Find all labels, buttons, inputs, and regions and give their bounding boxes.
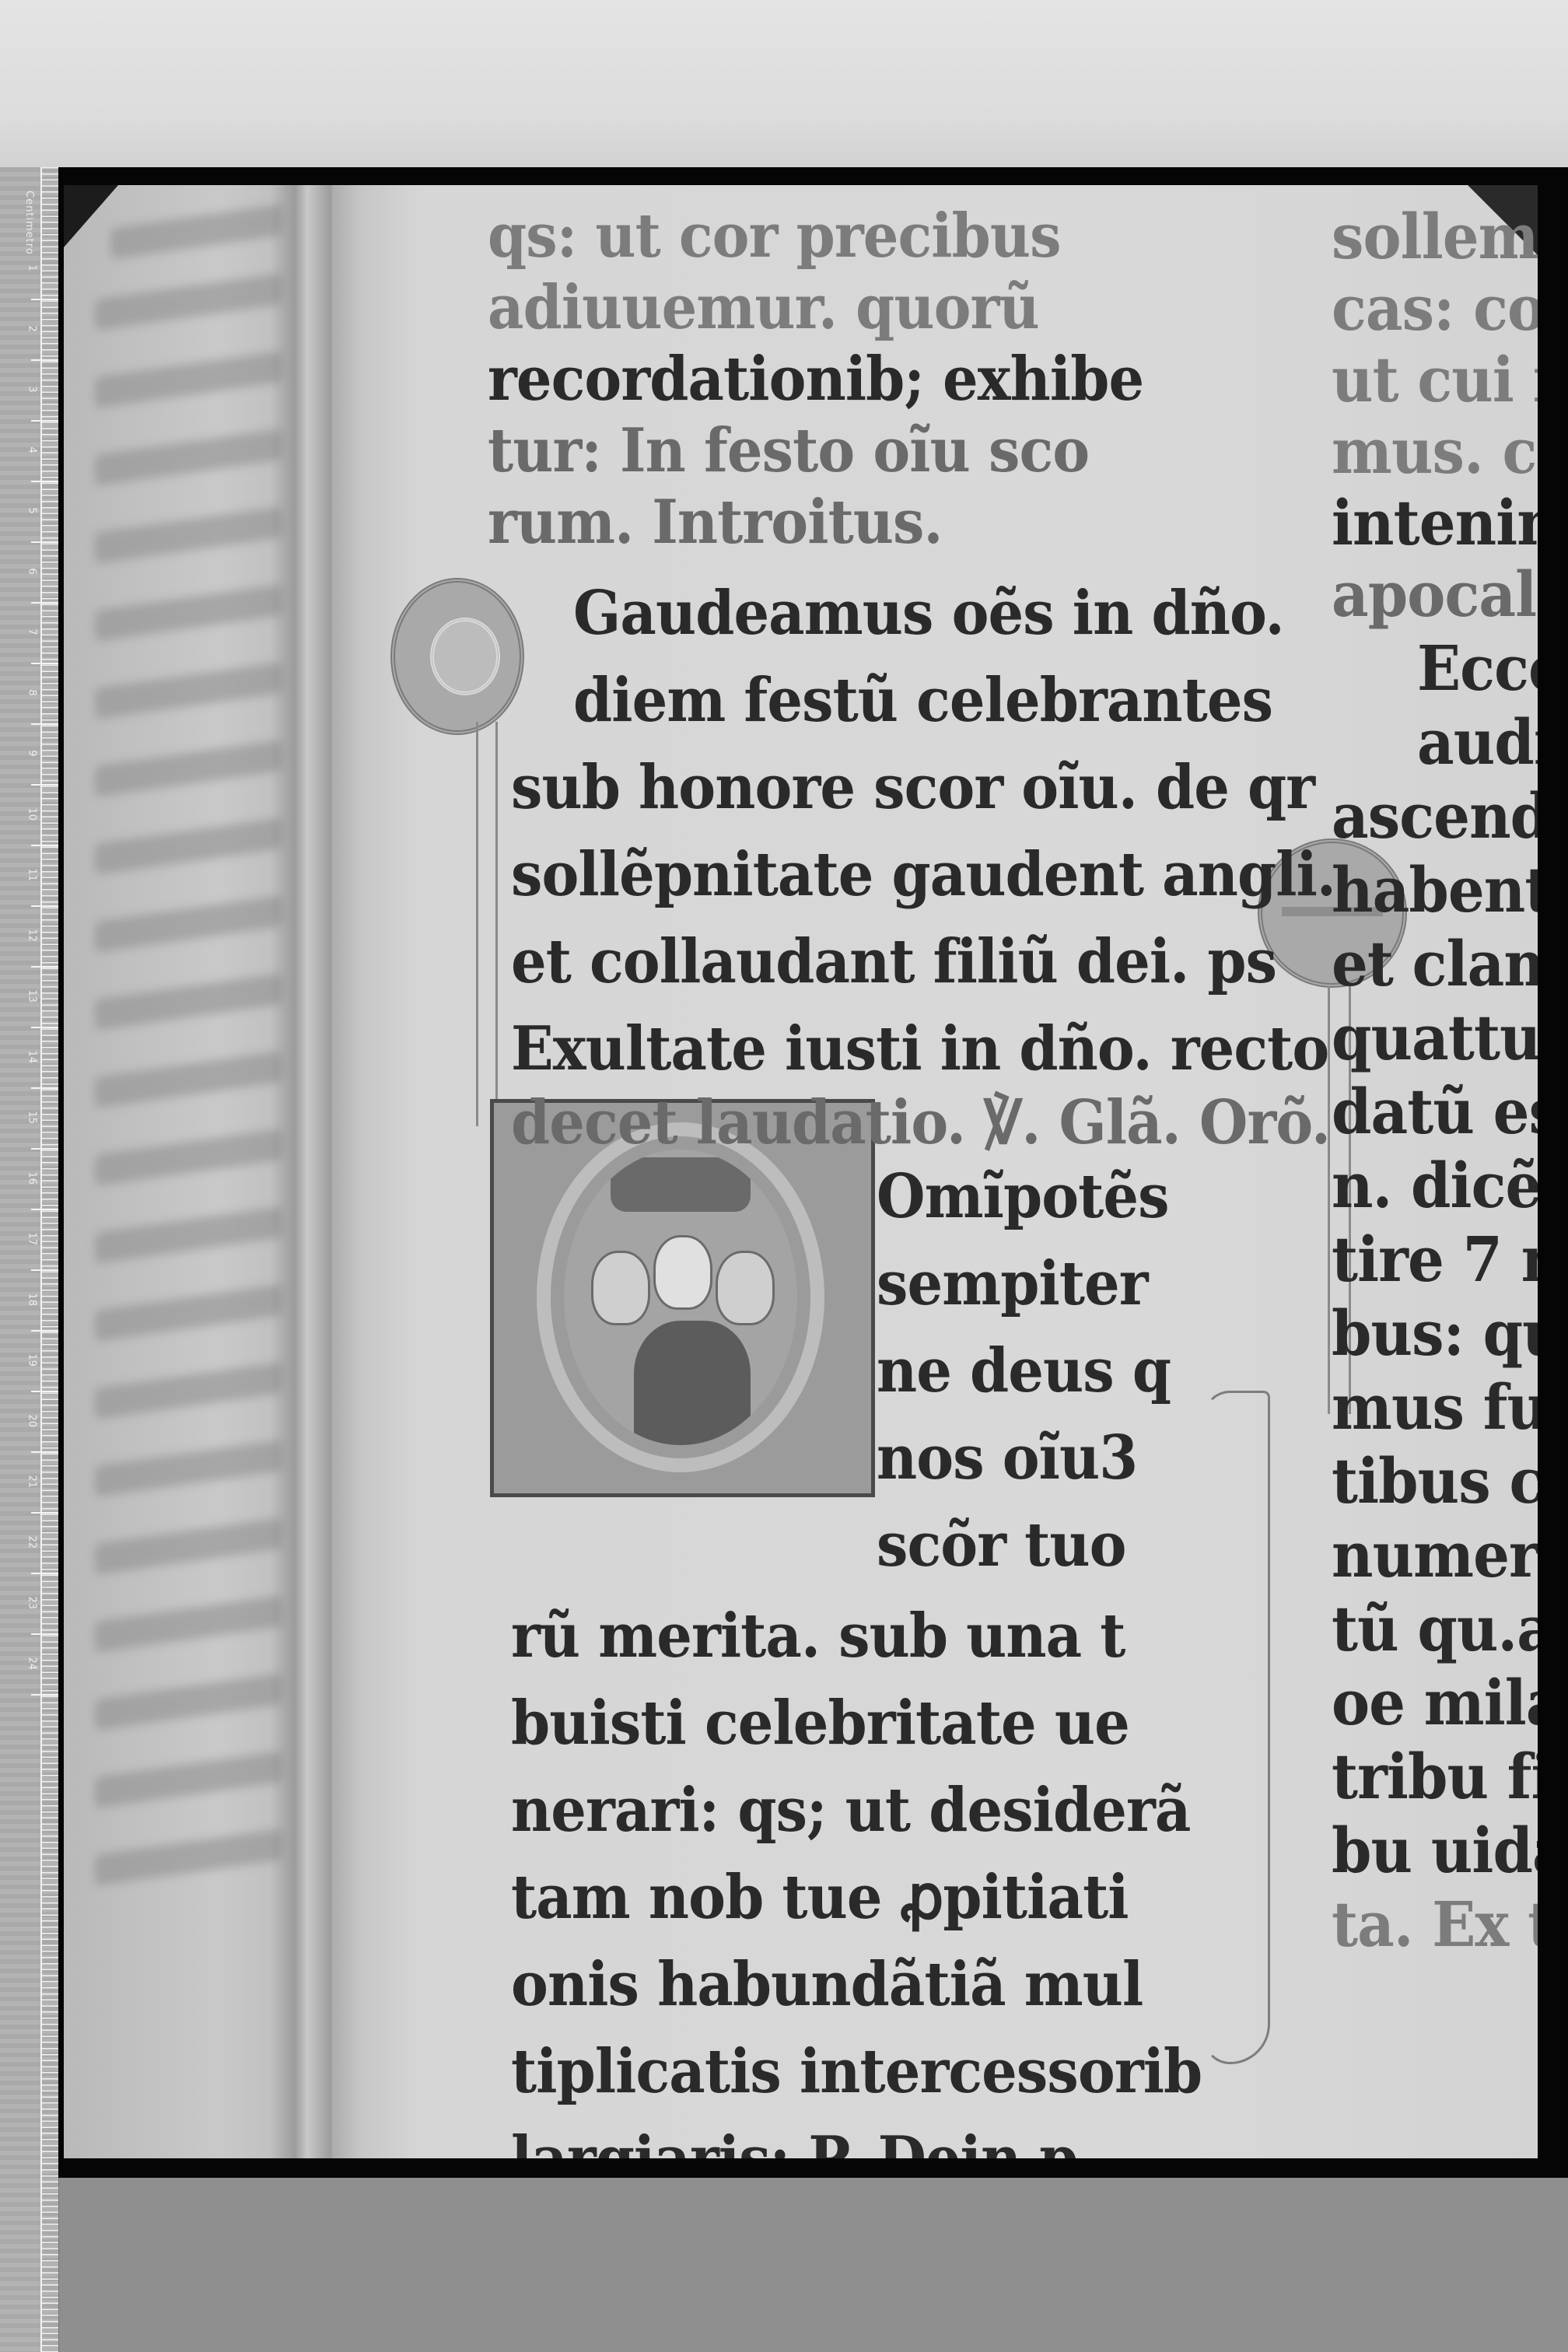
ghost-text-line [95,662,282,719]
ghost-text-line [95,584,282,642]
text-line: Gaudeamus oẽs in dño. [573,578,1284,649]
ruler-number: 12 [26,929,38,942]
text-line: sempiter [877,1248,1148,1320]
ghost-text-line [95,351,282,408]
ruler-number: 11 [26,869,38,881]
saint-robe [634,1321,751,1445]
ruler-number: 4 [26,444,38,457]
ruler-number: 20 [26,1415,38,1427]
ruler-half-cm-tick [31,723,58,725]
text-line: oe mila [1332,1667,1538,1738]
rubric-line: decet laudatio. ℣. Glã. Orõ. [511,1087,1330,1159]
text-line: nerari: qs; ut desiderã [511,1775,1190,1846]
ruler-half-cm-tick [31,1027,58,1028]
ruler-half-cm-tick [31,1148,58,1150]
text-line: quattuo [1332,1002,1538,1073]
text-line: tibus co [1332,1445,1538,1517]
ruler-half-cm-tick [31,1633,58,1635]
ruler-number: 19 [26,1354,38,1367]
ghost-text-line [95,1673,282,1731]
text-line: adiuuemur. quorũ [488,272,1039,344]
ruler-number: 6 [26,565,38,578]
ruler-half-cm-tick [31,845,58,846]
miniature-sky-clouds [611,1157,751,1212]
ruler-number: 17 [26,1233,38,1245]
right-text-column: sollem cas: co ut cui n mus. ce intenim … [1277,201,1538,2158]
text-line: Ecce [1417,632,1538,704]
ruler-half-cm-tick [31,1269,58,1271]
ruler-number: 1 [26,262,38,275]
ruler-half-cm-tick [31,1573,58,1574]
ruler-number: 13 [26,990,38,1003]
text-line: scõr tuo [877,1510,1126,1581]
ruler-half-cm-tick [31,420,58,422]
ruler-number: 15 [26,1111,38,1124]
ruler-half-cm-tick [31,1391,58,1392]
ruler-half-cm-tick [31,1209,58,1210]
centimeter-ruler: Centimetro 12345678910111213141516171819… [0,167,59,2352]
text-line: audi [1417,706,1538,778]
ghost-text-line [95,273,282,331]
text-line: tiplicatis intercessorib [511,2036,1202,2108]
gutter-fold [270,185,332,2158]
rubric-line: apocalip [1332,558,1538,630]
ruler-half-cm-tick [31,359,58,361]
ruler-label: Centimetro [23,191,35,255]
ghost-text-line [95,1440,282,1497]
text-line: numeri [1332,1519,1538,1591]
ruler-half-cm-tick [31,784,58,786]
ruler-number: 22 [26,1536,38,1549]
text-line: mus fu [1332,1371,1538,1443]
ghost-text-line [95,1595,282,1653]
text-line: sollem [1332,201,1538,272]
ghost-text-line [95,1517,282,1575]
decorated-initial-g [390,578,524,735]
ghost-text-line [95,740,282,797]
text-line: Exultate iusti in dño. recto [511,1013,1328,1085]
ruler-half-cm-tick [31,1512,58,1514]
ghost-text-line [95,1829,282,1886]
ruler-number: 18 [26,1293,38,1306]
ruler-number: 16 [26,1172,38,1185]
text-line: tire 7 ma [1332,1223,1538,1295]
text-line: sollẽpnitate gaudent angli. [511,839,1335,911]
ghost-text-line [95,973,282,1031]
ruler-half-cm-tick [31,1087,58,1089]
ruler-number: 24 [26,1657,38,1670]
text-line: intenim [1332,487,1538,558]
text-line: ta. Ex tri [1332,1888,1538,1960]
ruler-half-cm-tick [31,299,58,300]
initial-o-miniature [564,1150,797,1445]
ruler-half-cm-tick [31,541,58,543]
rubric-line: tur: In festo oĩu sco [488,415,1089,487]
text-line: mus. ce [1332,415,1538,487]
ruler-half-cm-tick [31,602,58,604]
initial-g-pen-flourish [476,722,498,1126]
ruler-number: 10 [26,808,38,821]
ruler-half-cm-tick [31,966,58,968]
text-line: ut cui n [1332,344,1538,415]
facing-page-blurred [64,185,297,2158]
text-line: rũ merita. sub una t [511,1601,1125,1672]
text-line: n. dicẽs [1332,1150,1538,1221]
text-line: bu uida [1332,1815,1538,1886]
text-line: et collaudant filiũ dei. ps [511,926,1276,998]
saint-left-figure [591,1251,650,1325]
text-line: tũ qu.ad [1332,1593,1538,1664]
text-line: ne deus q [877,1335,1171,1407]
ghost-text-line [95,1051,282,1108]
text-line: datũ est [1332,1076,1538,1147]
text-line: tribu filii [1332,1741,1538,1812]
ruler-number: 9 [26,747,38,760]
ghost-text-line [95,1362,282,1419]
ghost-text-line [95,817,282,875]
text-line: Omĩpotẽs [877,1161,1169,1233]
ghost-text-line [110,205,282,260]
ruler-half-cm-tick [31,905,58,907]
text-line: et clam. [1332,928,1538,999]
ruler-number: 21 [26,1475,38,1488]
ruler-number: 7 [26,626,38,639]
ruler-half-cm-tick [31,1330,58,1332]
saint-center-figure [653,1235,712,1310]
text-line: nos oĩu3 [877,1423,1137,1494]
initial-g-spiral [430,618,500,695]
ruler-half-cm-tick [31,1451,58,1453]
ruler-ticks [42,167,58,2352]
ruler-number: 5 [26,505,38,517]
ghost-text-line [95,1284,282,1342]
ruler-number: 2 [26,323,38,335]
ghost-text-line [95,1751,282,1808]
text-line: bus: qu [1332,1297,1538,1369]
manuscript-sheet: qs: ut cor precibus adiuuemur. quorũ rec… [64,185,1538,2158]
ruler-number: 14 [26,1051,38,1063]
text-line: ascendẽ [1332,780,1538,852]
ruler-number: 23 [26,1597,38,1609]
text-line: largiaris: P. Dein p [511,2123,1078,2158]
marginal-pen-flourish [1203,1391,1270,2064]
text-line: buisti celebritate ue [511,1688,1129,1759]
ruler-number: 8 [26,687,38,699]
ghost-text-line [95,506,282,564]
text-line: tam nob tue ꝓpitiati [511,1862,1129,1934]
ghost-text-line [95,1129,282,1186]
ruler-number: 3 [26,383,38,396]
text-line: habenti [1332,854,1538,926]
photo-backdrop-bottom [0,2178,1568,2352]
ruler-half-cm-tick [31,481,58,482]
photo-backdrop-top [0,0,1568,167]
ruler-half-cm-tick [31,663,58,664]
ghost-text-line [95,895,282,953]
ghost-text-line [95,429,282,486]
text-line: diem festũ celebrantes [573,665,1272,737]
text-line: cas: co [1332,272,1538,344]
ghost-text-line [95,1206,282,1264]
text-line: onis habundãtiã mul [511,1949,1143,2021]
text-line: sub honore scor oĩu. de qr [511,752,1314,824]
rubric-line: rum. Introitus. [488,487,943,558]
text-line: qs: ut cor precibus [488,201,1061,272]
ruler-half-cm-tick [31,1694,58,1696]
saint-right-figure [716,1251,775,1325]
text-line: recordationib; exhibe [488,344,1143,415]
